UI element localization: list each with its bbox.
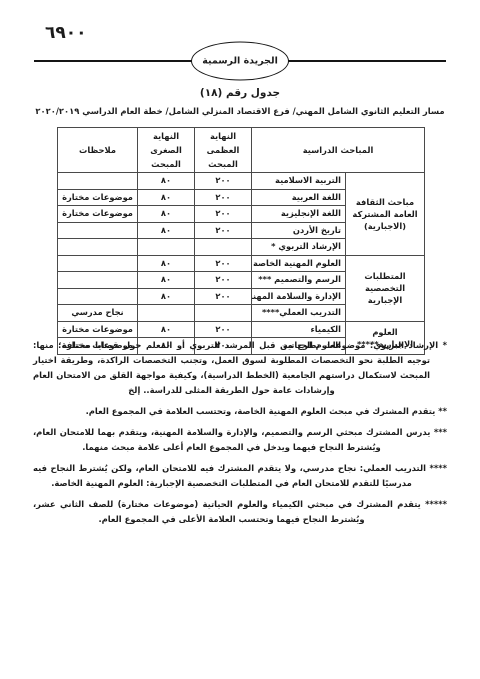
subject-cell: العلوم المهنية الخاصة ** <box>252 255 346 272</box>
min-cell: ٨٠ <box>138 255 195 272</box>
footnote-drawing-design: *** يدرس المشترك مبحثي الرسم والتصميم، و… <box>33 425 447 455</box>
subject-cell: اللغة العربية <box>252 189 346 206</box>
table-row: المتطلبات التخصصية الإجبارية العلوم المه… <box>58 255 425 272</box>
header-row: المباحث الدراسية النهاية العظمى المبحث ا… <box>58 128 425 173</box>
header-min-line2: المبحث <box>140 157 192 171</box>
subject-cell: اللغة الإنجليزية <box>252 206 346 223</box>
footnotes-section: * الإرشاد التربوي: موضوعات تطرح من قبل ا… <box>33 338 447 533</box>
min-cell <box>138 305 195 322</box>
min-cell: ٨٠ <box>138 173 195 190</box>
max-cell: ٢٠٠ <box>195 189 252 206</box>
footnote-professional-sciences: ** يتقدم المشترك في مبحث العلوم المهنية … <box>33 404 447 419</box>
min-cell: ٨٠ <box>138 222 195 239</box>
subject-cell: الإدارة والسلامة المهنية *** <box>252 288 346 305</box>
table-row: العلوم الإجبارية***** الكيمياء ٢٠٠ ٨٠ مو… <box>58 321 425 338</box>
max-cell: ٢٠٠ <box>195 173 252 190</box>
min-cell: ٨٠ <box>138 272 195 289</box>
table-row: مباحث الثقافة العامة المشتركة (الاجبارية… <box>58 173 425 190</box>
max-cell: ٢٠٠ <box>195 272 252 289</box>
header-notes: ملاحظات <box>58 128 138 173</box>
table-title: جدول رقم (١٨) <box>0 87 480 99</box>
note-cell <box>58 272 138 289</box>
subject-cell: تاريخ الأردن <box>252 222 346 239</box>
page-number: ٦٩٠٠ <box>45 23 87 43</box>
max-cell: ٢٠٠ <box>195 255 252 272</box>
note-cell: موضوعات مختارة <box>58 206 138 223</box>
header-min: النهاية الصغرى المبحث <box>138 128 195 173</box>
note-cell <box>58 255 138 272</box>
subject-cell: الرسم والتصميم *** <box>252 272 346 289</box>
min-cell: ٨٠ <box>138 321 195 338</box>
header-subjects: المباحث الدراسية <box>252 128 425 173</box>
max-cell <box>195 239 252 256</box>
header-min-line1: النهاية الصغرى <box>140 129 192 157</box>
max-cell: ٢٠٠ <box>195 321 252 338</box>
max-cell: ٢٠٠ <box>195 206 252 223</box>
header-max: النهاية العظمى المبحث <box>195 128 252 173</box>
subject-cell: الإرشاد التربوي * <box>252 239 346 256</box>
gazette-title-seal: الجريدة الرسمية <box>191 42 289 81</box>
gazette-banner: الجريدة الرسمية <box>34 42 446 80</box>
note-cell <box>58 239 138 256</box>
gazette-title: الجريدة الرسمية <box>202 56 278 67</box>
min-cell: ٨٠ <box>138 189 195 206</box>
curriculum-table: المباحث الدراسية النهاية العظمى المبحث ا… <box>57 127 425 355</box>
table-caption: مسار التعليم الثانوي الشامل المهني/ فرع … <box>0 106 480 116</box>
subject-cell: الكيمياء <box>252 321 346 338</box>
gazette-page: ٦٩٠٠ الجريدة الرسمية جدول رقم (١٨) مسار … <box>0 0 480 679</box>
note-cell <box>58 173 138 190</box>
table-header: المباحث الدراسية النهاية العظمى المبحث ا… <box>58 128 425 173</box>
subject-cell: التدريب العملي**** <box>252 305 346 322</box>
max-cell: ٢٠٠ <box>195 222 252 239</box>
group-cell-specialized-requirements: المتطلبات التخصصية الإجبارية <box>346 255 425 321</box>
max-cell: ٢٠٠ <box>195 288 252 305</box>
min-cell: ٨٠ <box>138 288 195 305</box>
note-cell: نجاح مدرسي <box>58 305 138 322</box>
footnote-practical-training: **** التدريب العملي: نجاح مدرسي، ولا يتق… <box>33 461 447 491</box>
header-max-line2: المبحث <box>197 157 249 171</box>
min-cell: ٨٠ <box>138 206 195 223</box>
subject-cell: التربية الاسلامية <box>252 173 346 190</box>
max-cell <box>195 305 252 322</box>
header-max-line1: النهاية العظمى <box>197 129 249 157</box>
footnote-chemistry-biology: ***** يتقدم المشترك في مبحثي الكيمياء وا… <box>33 497 447 527</box>
note-cell: موضوعات مختارة <box>58 189 138 206</box>
footnote-educational-guidance: * الإرشاد التربوي: موضوعات تطرح من قبل ا… <box>33 338 447 398</box>
table-body: مباحث الثقافة العامة المشتركة (الاجبارية… <box>58 173 425 355</box>
note-cell <box>58 222 138 239</box>
group-cell-general-culture: مباحث الثقافة العامة المشتركة (الاجبارية… <box>346 173 425 256</box>
note-cell: موضوعات مختارة <box>58 321 138 338</box>
min-cell <box>138 239 195 256</box>
note-cell <box>58 288 138 305</box>
